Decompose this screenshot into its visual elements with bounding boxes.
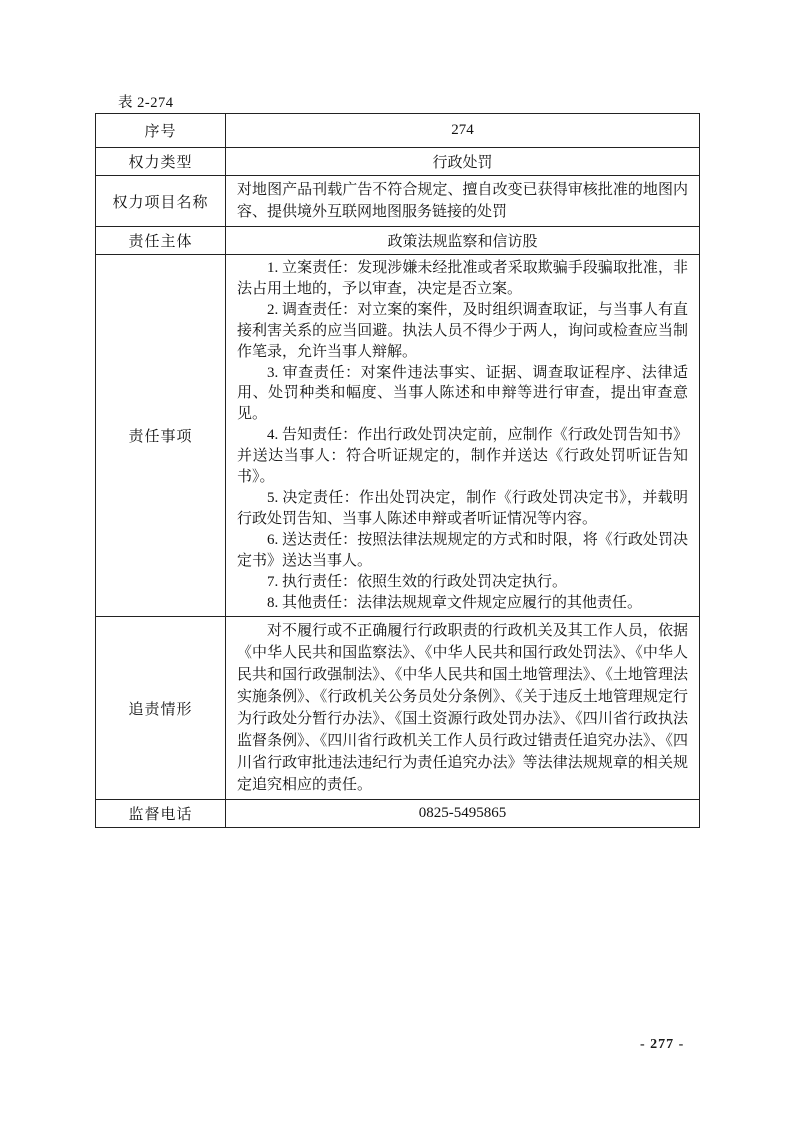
power-item-name-label: 权力项目名称 — [96, 176, 226, 227]
accountability-value: 对不履行或不正确履行行政职责的行政机关及其工作人员，依据《中华人民共和国监察法》… — [226, 617, 700, 800]
accountability-label: 追责情形 — [96, 617, 226, 800]
duty-item-1: 1. 立案责任：发现涉嫌未经批准或者采取欺骗手段骗取批准，非法占用土地的，予以审… — [237, 258, 688, 300]
duty-item-6: 6. 送达责任：按照法律法规规定的方式和时限，将《行政处罚决定书》送达当事人。 — [237, 530, 688, 572]
responsibility-items-label: 责任事项 — [96, 255, 226, 617]
page-number: - 277 - — [640, 1037, 684, 1053]
table-row-accountability: 追责情形 对不履行或不正确履行行政职责的行政机关及其工作人员，依据《中华人民共和… — [96, 617, 700, 800]
responsible-subject-label: 责任主体 — [96, 227, 226, 255]
duty-item-4: 4. 告知责任：作出行政处罚决定前，应制作《行政处罚告知书》并送达当事人：符合听… — [237, 425, 688, 488]
table-row-responsible-subject: 责任主体 政策法规监察和信访股 — [96, 227, 700, 255]
power-type-label: 权力类型 — [96, 148, 226, 176]
duty-item-3: 3. 审查责任：对案件违法事实、证据、调查取证程序、法律适用、处罚种类和幅度、当… — [237, 363, 688, 426]
power-type-value: 行政处罚 — [226, 148, 700, 176]
accountability-text: 对不履行或不正确履行行政职责的行政机关及其工作人员，依据《中华人民共和国监察法》… — [237, 620, 688, 796]
table-row-power-item-name: 权力项目名称 对地图产品刊载广告不符合规定、擅自改变已获得审核批准的地图内容、提… — [96, 176, 700, 227]
table-row-responsibility-items: 责任事项 1. 立案责任：发现涉嫌未经批准或者采取欺骗手段骗取批准，非法占用土地… — [96, 255, 700, 617]
duty-item-5: 5. 决定责任：作出处罚决定，制作《行政处罚决定书》，并载明行政处罚告知、当事人… — [237, 488, 688, 530]
responsibility-items-value: 1. 立案责任：发现涉嫌未经批准或者采取欺骗手段骗取批准，非法占用土地的，予以审… — [226, 255, 700, 617]
supervision-phone-value: 0825-5495865 — [226, 800, 700, 828]
serial-number-value: 274 — [226, 114, 700, 148]
duty-item-7: 7. 执行责任：依照生效的行政处罚决定执行。 — [237, 572, 688, 593]
table-caption: 表 2-274 — [118, 91, 173, 112]
table-row-serial-number: 序号 274 — [96, 114, 700, 148]
supervision-phone-label: 监督电话 — [96, 800, 226, 828]
serial-number-label: 序号 — [96, 114, 226, 148]
responsible-subject-value: 政策法规监察和信访股 — [226, 227, 700, 255]
duty-item-8: 8. 其他责任：法律法规规章文件规定应履行的其他责任。 — [237, 593, 688, 614]
power-responsibility-table: 序号 274 权力类型 行政处罚 权力项目名称 对地图产品刊载广告不符合规定、擅… — [95, 113, 700, 828]
document-page: 表 2-274 序号 274 权力类型 行政处罚 权力项目名称 对地图产品刊载广… — [0, 0, 793, 1122]
table-row-supervision-phone: 监督电话 0825-5495865 — [96, 800, 700, 828]
power-item-name-value: 对地图产品刊载广告不符合规定、擅自改变已获得审核批准的地图内容、提供境外互联网地… — [226, 176, 700, 227]
duty-item-2: 2. 调查责任：对立案的案件，及时组织调查取证，与当事人有直接利害关系的应当回避… — [237, 300, 688, 363]
table-row-power-type: 权力类型 行政处罚 — [96, 148, 700, 176]
